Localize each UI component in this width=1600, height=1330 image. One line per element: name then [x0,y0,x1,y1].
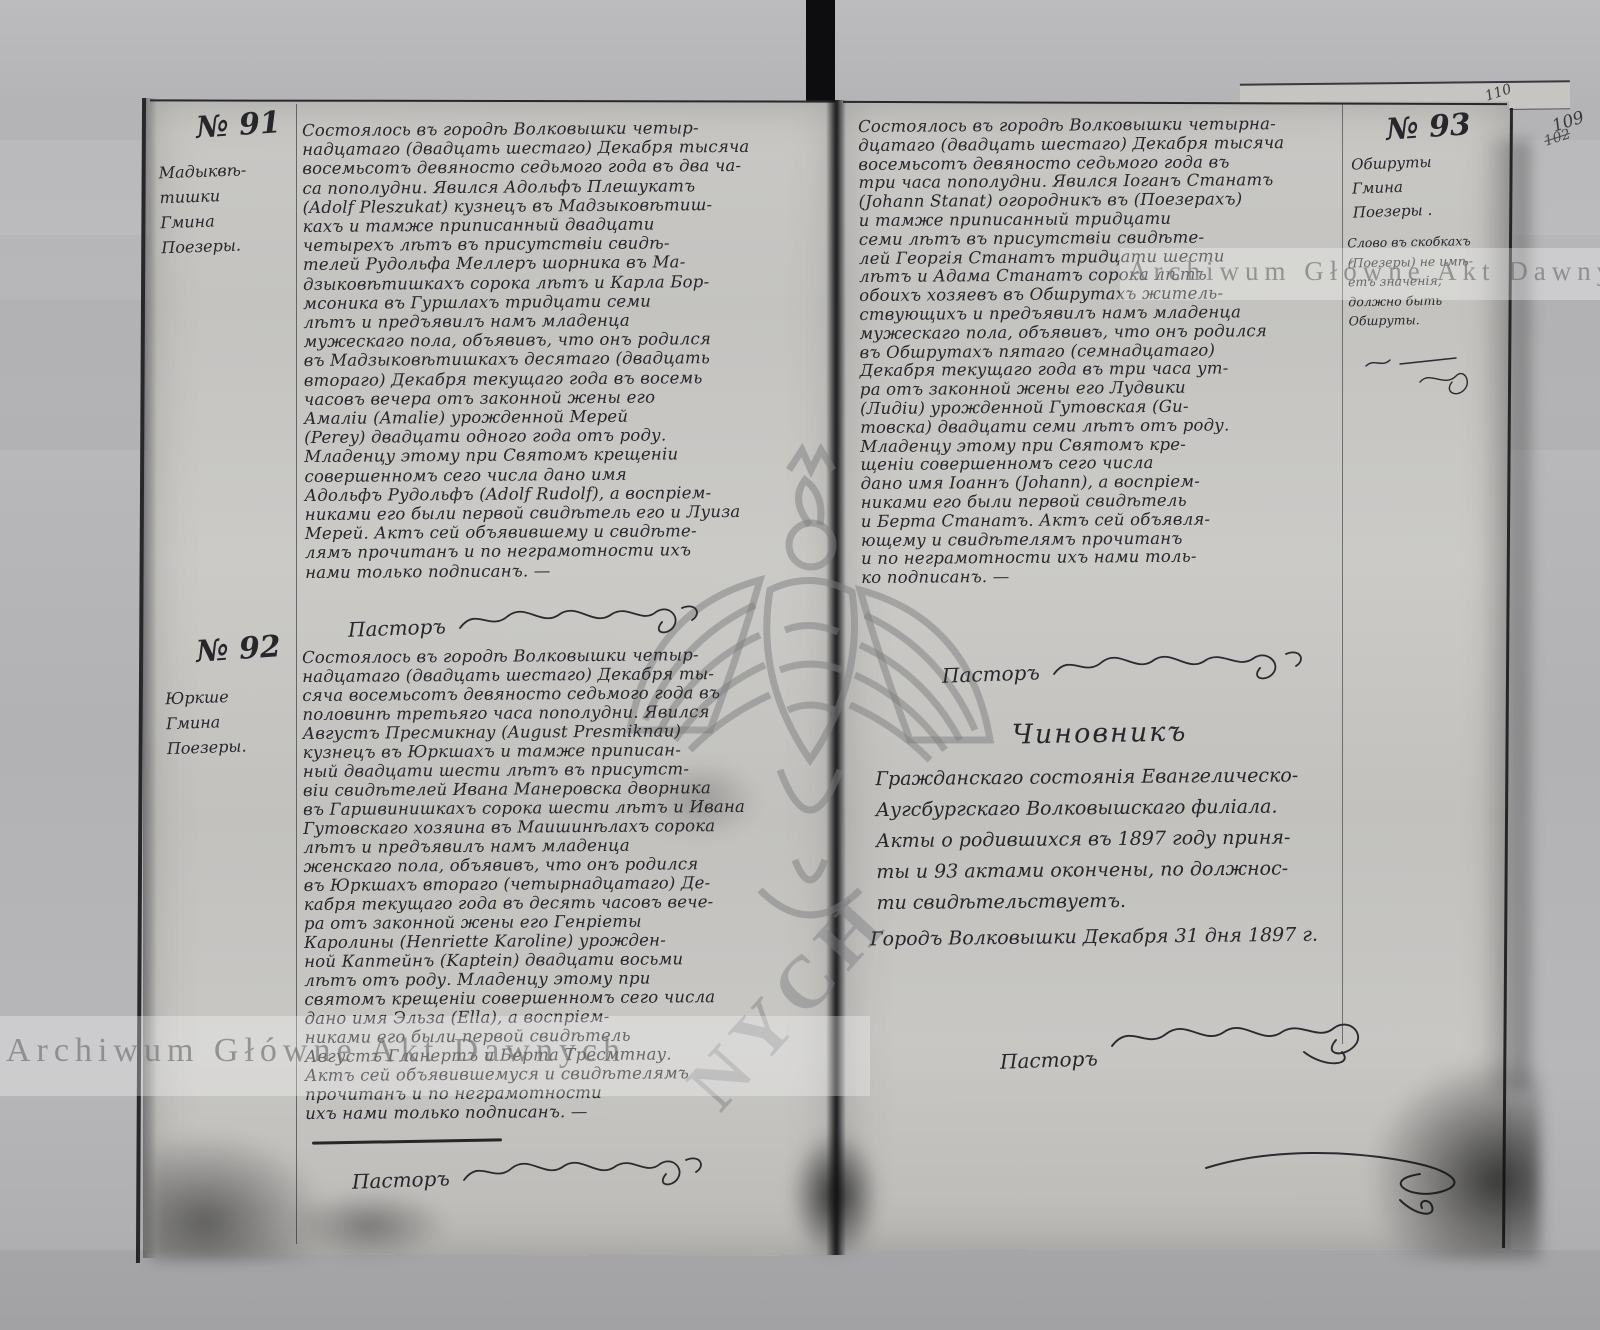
entry-93-signature: Пасторъ [942,642,1310,686]
archival-scan: 110 [0,0,1600,1330]
entry-91-body: Состоялось въ городѣ Волковышки четыр- н… [302,117,827,582]
entry-92-signature: Пасторъ [352,1150,710,1192]
certification-place-date: Городъ Волковышки Декабря 31 дня 1897 г. [870,924,1318,951]
entry-91-number: № 91 [195,105,282,146]
scan-tonal-band [0,1250,1600,1330]
stain-left-page-middle [640,760,760,840]
signature-flourish [456,598,706,640]
entry-91-signature: Пасторъ [348,598,706,640]
pastor-signature-word: Пасторъ [1000,1046,1098,1073]
margin-note-initials-flourish [1360,348,1500,404]
certification-title: Чиновникъ [1012,716,1188,750]
entry-93-number: № 93 [1385,107,1472,148]
pastor-signature-word: Пасторъ [348,614,446,641]
certification-signature: Пасторъ [1000,1012,1398,1072]
watermark-text-bottom-left: Archiwum Główne Akt Dawnych [6,1032,886,1070]
entry-92-margin-note: Юркше Гмина Поезеры. [165,682,294,761]
entry-92-number: № 92 [195,629,282,670]
film-registration-strip [806,0,835,102]
watermark-text-top-right: Archiwum Główne Akt Dawnych [1128,256,1600,287]
signature-flourish [1108,1012,1398,1072]
entry-91-margin-note: Мадыквѣ- тишки Гмина Поезеры. [158,156,293,261]
stain-bottom-right-corner [1370,1060,1540,1260]
certification-text: Гражданскаго состоянія Евангелическо- Ау… [875,760,1356,919]
pastor-signature-word: Пасторъ [942,660,1040,687]
stain-bottom-left-2 [290,1190,450,1260]
signature-flourish [1050,642,1310,686]
gutter-ink-blob [790,1130,880,1260]
signature-flourish [460,1150,710,1192]
entry-93-body: Состоялось въ городѣ Волковышки четырна-… [858,115,1347,588]
